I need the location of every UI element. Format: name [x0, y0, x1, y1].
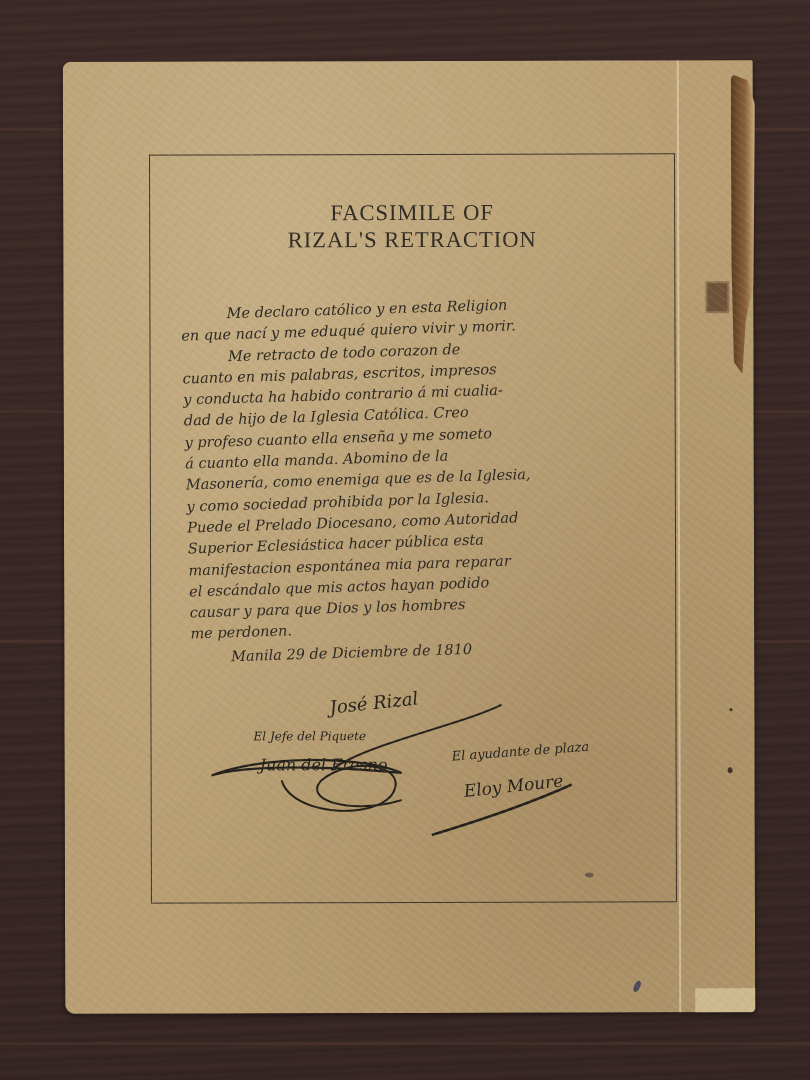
staple-hole — [705, 281, 729, 313]
spine-fold-line — [677, 60, 681, 1012]
stain-spot — [728, 767, 733, 773]
title-line-1: FACSIMILE OF — [150, 198, 674, 226]
wood-grain — [0, 1042, 810, 1045]
signatures: José Rizal El Jefe del Piquete Juan del … — [201, 684, 621, 835]
book-cover: FACSIMILE OF RIZAL'S RETRACTION Me decla… — [63, 60, 755, 1014]
worn-corner — [695, 988, 755, 1012]
witness-left-signature: Juan del Fresno — [260, 755, 388, 774]
cover-title: FACSIMILE OF RIZAL'S RETRACTION — [150, 198, 674, 253]
torn-spine — [731, 74, 756, 374]
stain-spot — [632, 980, 642, 993]
facsimile-frame: FACSIMILE OF RIZAL'S RETRACTION Me decla… — [149, 153, 677, 903]
witness-left-label: El Jefe del Piquete — [254, 729, 367, 743]
handwritten-retraction: Me declaro católico y en esta Religion e… — [180, 291, 661, 669]
title-line-2: RIZAL'S RETRACTION — [150, 225, 674, 253]
stain-spot — [729, 708, 732, 711]
